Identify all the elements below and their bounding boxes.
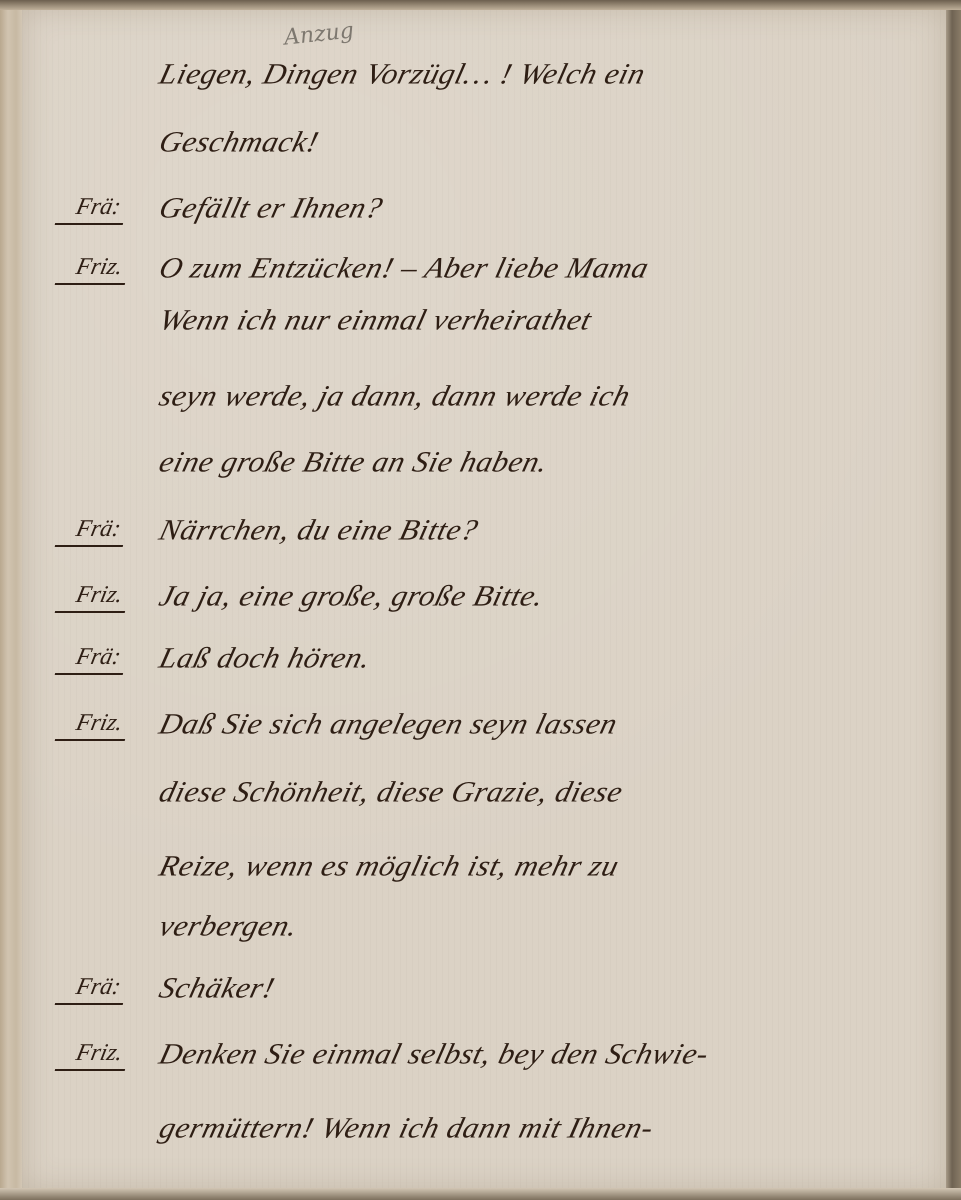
dialogue-line: Friz. O zum Entzücken! – Aber liebe Mama xyxy=(22,246,946,306)
text-line: eine große Bitte an Sie haben. xyxy=(22,440,946,500)
line-text: verbergen. xyxy=(156,909,302,943)
line-text: diese Schönheit, diese Grazie, diese xyxy=(156,775,627,809)
speaker-label: Friz. xyxy=(55,710,132,741)
speaker-label: Frä: xyxy=(55,974,130,1005)
line-text: seyn werde, ja dann, dann werde ich xyxy=(156,379,634,413)
text-line: Geschmack! xyxy=(22,120,946,180)
dialogue-line: Frä: Schäker! xyxy=(22,966,946,1026)
speaker-label: Frä: xyxy=(55,516,130,547)
speaker-label: Friz. xyxy=(55,582,132,613)
line-text: Ja ja, eine große, große Bitte. xyxy=(156,579,548,613)
text-line: verbergen. xyxy=(22,904,946,964)
line-text: Denken Sie einmal selbst, bey den Schwie… xyxy=(156,1037,713,1071)
speaker-label: Friz. xyxy=(55,1040,132,1071)
dialogue-line: Frä: Gefällt er Ihnen? xyxy=(22,186,946,246)
line-text: Laß doch hören. xyxy=(156,641,375,675)
line-text: Daß Sie sich angelegen seyn lassen xyxy=(156,707,621,741)
page-bottom-edge xyxy=(0,1188,961,1200)
speaker-label: Friz. xyxy=(55,254,132,285)
speaker-label: Frä: xyxy=(55,194,130,225)
speaker-label: Frä: xyxy=(55,644,130,675)
pencil-annotation: Anzug xyxy=(283,18,355,50)
text-line: Liegen, Dingen Vorzügl… ! Welch ein xyxy=(22,52,946,112)
line-text: Liegen, Dingen Vorzügl… ! Welch ein xyxy=(156,57,649,91)
manuscript-page: Anzug Liegen, Dingen Vorzügl… ! Welch ei… xyxy=(22,8,946,1190)
text-line: germüttern! Wenn ich dann mit Ihnen- xyxy=(22,1106,946,1166)
text-line: Reize, wenn es möglich ist, mehr zu xyxy=(22,844,946,904)
text-line: diese Schönheit, diese Grazie, diese xyxy=(22,770,946,830)
line-text: eine große Bitte an Sie haben. xyxy=(156,445,552,479)
line-text: Reize, wenn es möglich ist, mehr zu xyxy=(156,849,623,883)
dialogue-line: Frä: Närrchen, du eine Bitte? xyxy=(22,508,946,568)
text-line: seyn werde, ja dann, dann werde ich xyxy=(22,374,946,434)
dialogue-line: Friz. Ja ja, eine große, große Bitte. xyxy=(22,574,946,634)
line-text: germüttern! Wenn ich dann mit Ihnen- xyxy=(156,1111,657,1145)
text-line: Wenn ich nur einmal verheirathet xyxy=(22,298,946,358)
line-text: Gefällt er Ihnen? xyxy=(156,191,387,225)
line-text: O zum Entzücken! – Aber liebe Mama xyxy=(156,251,653,285)
line-text: Schäker! xyxy=(156,971,279,1005)
line-text: Wenn ich nur einmal verheirathet xyxy=(156,303,596,337)
dialogue-line: Friz. Daß Sie sich angelegen seyn lassen xyxy=(22,702,946,762)
line-text: Geschmack! xyxy=(156,125,323,159)
dialogue-line: Frä: Laß doch hören. xyxy=(22,636,946,696)
page-right-edge xyxy=(946,0,961,1200)
line-text: Närrchen, du eine Bitte? xyxy=(156,513,482,547)
dialogue-line: Friz. Denken Sie einmal selbst, bey den … xyxy=(22,1032,946,1092)
page-top-edge xyxy=(0,0,961,10)
